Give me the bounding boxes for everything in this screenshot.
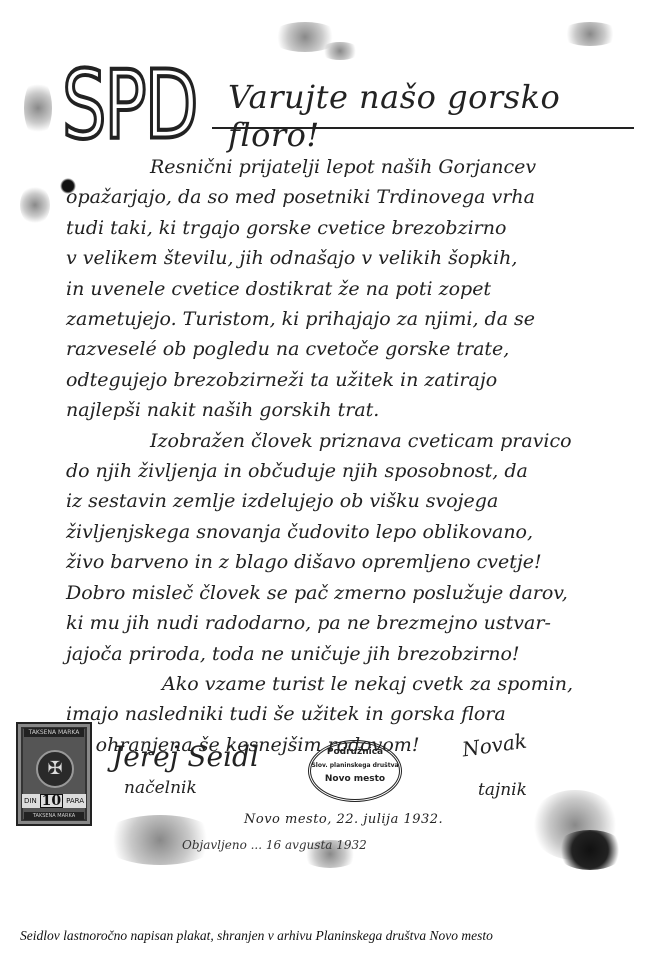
seal-line-1: Podružnica <box>311 747 399 757</box>
body-line: in uvenele cvetice dostikrat že na poti … <box>66 274 636 304</box>
poster-body: Resnični prijatelji lepot naših Gorjance… <box>66 152 636 760</box>
seal-line-3: Novo mesto <box>311 774 399 784</box>
body-line: iz sestavin zemlje izdelujejo ob višku s… <box>66 486 636 516</box>
stamp-top-text: TAKSENA MARKA <box>24 728 84 737</box>
stamp-bottom-text: TAKSENA MARKA <box>24 812 84 820</box>
ink-stain <box>20 185 50 225</box>
scanned-poster-page: SPD Varujte našo gorsko floro! Resnični … <box>0 0 655 960</box>
stamp-value-band: DIN 10 PARA <box>22 794 86 808</box>
body-line: tudi taki, ki trgajo gorske cvetice brez… <box>66 213 636 243</box>
publication-note: Objavljeno ... 16 avgusta 1932 <box>182 838 367 852</box>
body-line: do njih življenja in občuduje njih sposo… <box>66 456 636 486</box>
ink-stain <box>320 42 360 60</box>
body-line: življenjskega snovanja čudovito lepo obl… <box>66 517 636 547</box>
secretary-role: tajnik <box>478 780 527 800</box>
body-line: opažarjajo, da so med posetniki Trdinove… <box>66 182 636 212</box>
eagle-emblem-icon: ✠ <box>36 750 74 788</box>
body-line: Izobražen človek priznava cveticam pravi… <box>66 426 636 456</box>
body-line: v velikem številu, jih odnašajo v veliki… <box>66 243 636 273</box>
stamp-value-right: PARA <box>66 794 84 808</box>
body-line: Ako vzame turist le nekaj cvetk za spomi… <box>66 669 636 699</box>
body-line: Dobro misleč človek se pač zmerno posluž… <box>66 578 636 608</box>
society-seal: Podružnica Slov. planinskega društva Nov… <box>308 740 402 802</box>
body-line: imajo nasledniki tudi še užitek in gorsk… <box>66 699 636 729</box>
body-line: razveselé ob pogledu na cvetoče gorske t… <box>66 334 636 364</box>
poster-title: Varujte našo gorsko floro! <box>228 78 655 154</box>
revenue-stamp: TAKSENA MARKA ✠ DIN 10 PARA TAKSENA MARK… <box>16 722 92 826</box>
body-line: zametujejo. Turistom, ki prihajajo za nj… <box>66 304 636 334</box>
spd-logo: SPD <box>62 58 197 153</box>
ink-stain <box>555 830 625 870</box>
body-line: najlepši nakit naših gorskih trat. <box>66 395 636 425</box>
president-role: načelnik <box>124 778 197 798</box>
stamp-value: 10 <box>40 794 63 808</box>
poster-date: Novo mesto, 22. julija 1932. <box>244 812 443 827</box>
ink-stain <box>560 22 620 46</box>
stamp-value-left: DIN <box>24 794 37 808</box>
body-line: odtegujejo brezobzirneži ta užitek in za… <box>66 365 636 395</box>
body-line: ki mu jih nudi radodarno, pa ne brezmejn… <box>66 608 636 638</box>
seal-line-2: Slov. planinskega društva <box>311 762 399 769</box>
body-line: jajoča priroda, toda ne uničuje jih brez… <box>66 639 636 669</box>
ink-stain <box>24 78 52 138</box>
figure-caption: Seidlov lastnoročno napisan plakat, shra… <box>20 928 493 944</box>
president-signature: Jerej Seidl <box>112 740 259 773</box>
body-line: Resnični prijatelji lepot naših Gorjance… <box>66 152 636 182</box>
body-line: živo barveno in z blago dišavo opremljen… <box>66 547 636 577</box>
title-underline <box>212 127 634 129</box>
